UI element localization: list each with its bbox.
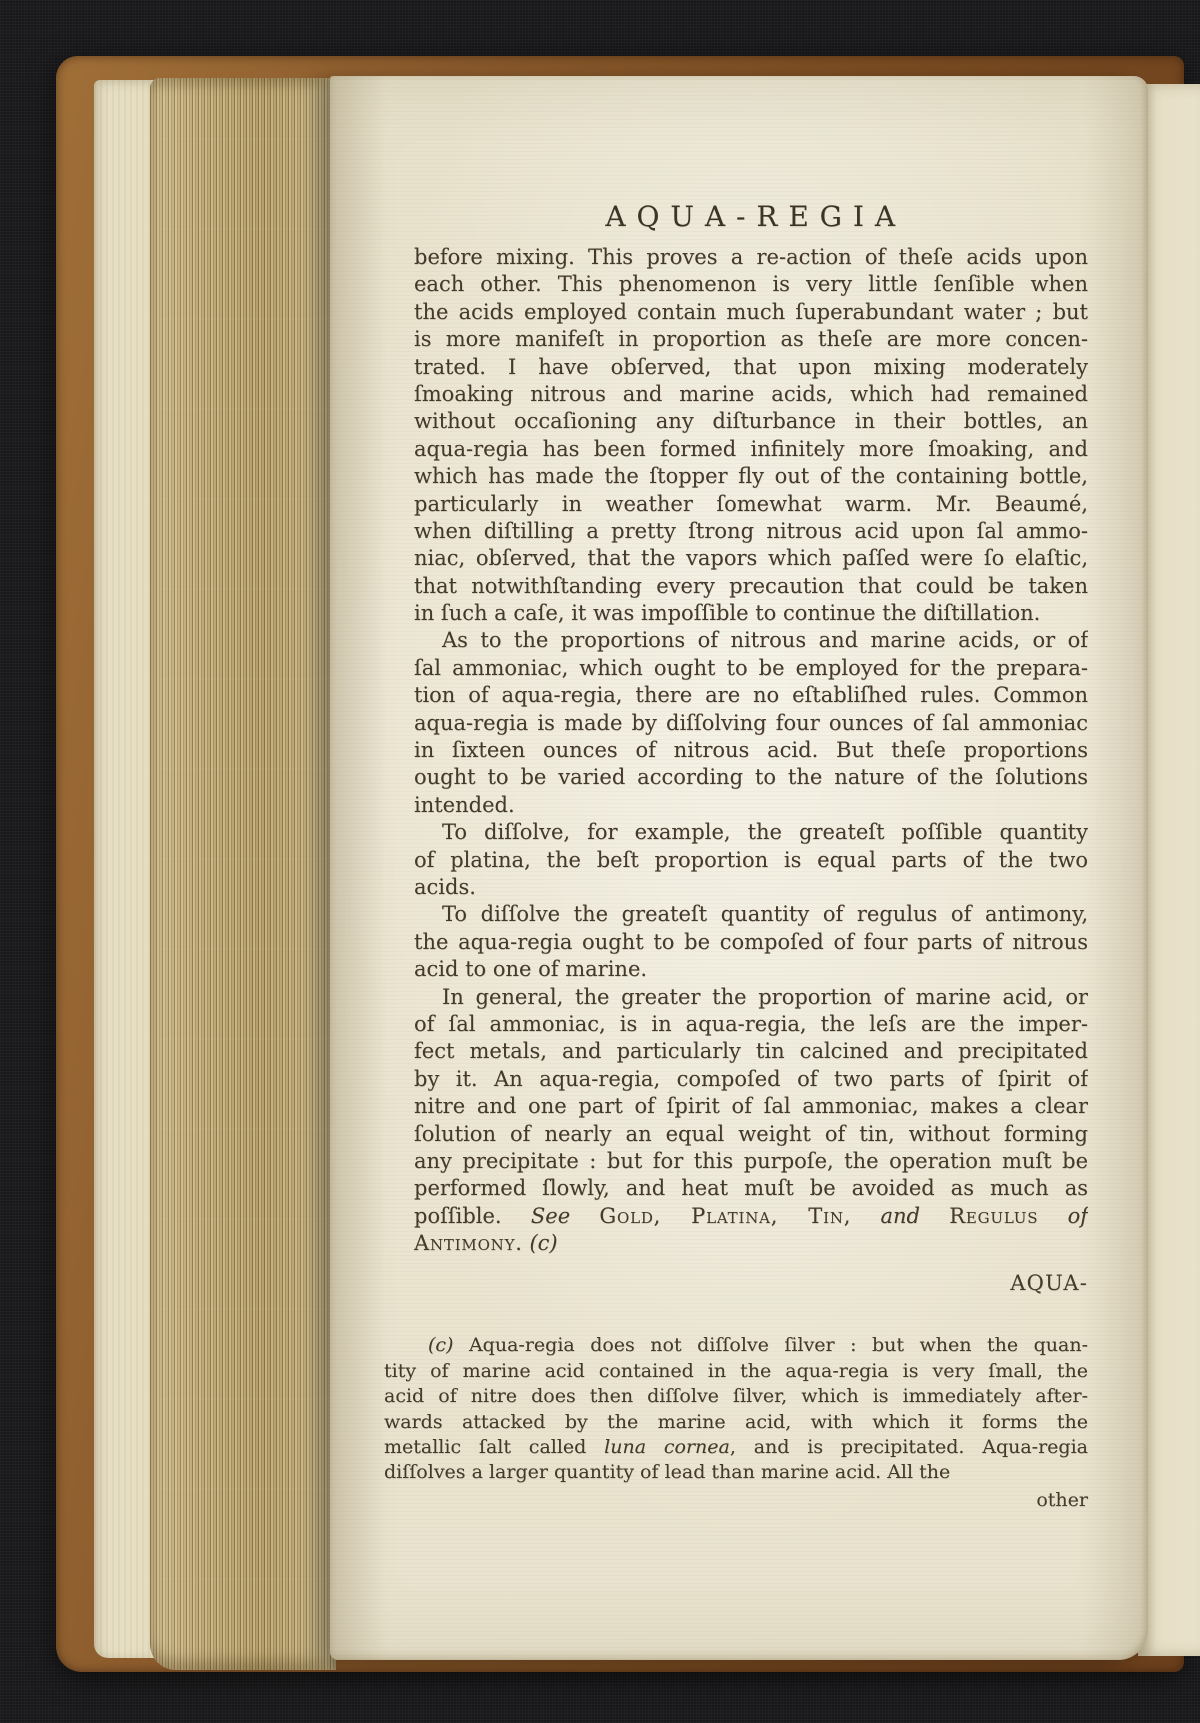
text-line: ſal ammoniac, which ought to be employed… [414,655,1088,682]
paragraph: To diſſolve, for example, the greateſt p… [414,819,1088,901]
text-line: intended. [414,792,1088,819]
text-line: ſolution of nearly an equal weight of ti… [414,1121,1088,1148]
text-segment: poſſible. [414,1204,531,1228]
text-line: of ſal ammoniac, is in aqua-regia, the l… [414,1011,1088,1038]
paragraph: In general, the greater the proportion o… [414,984,1088,1258]
text-block: A Q U A - R E G I A before mixing. This … [414,202,1088,1513]
text-line: aqua-regia has been formed infinitely mo… [414,436,1088,463]
catchword: AQUA- [414,1270,1088,1297]
text-line: before mixing. This proves a re-action o… [414,244,1088,271]
paragraph: To diſſolve the greateſt quantity of reg… [414,901,1088,983]
and-keyword: and [881,1204,921,1228]
footnote-line: acid of nitre does then diſſolve ſilver,… [384,1384,1088,1409]
text-line: the acids employed contain much ſuperabu… [414,299,1088,326]
book-page: A Q U A - R E G I A before mixing. This … [330,76,1148,1660]
text-line: ought to be varied according to the natu… [414,764,1088,791]
page-heading: A Q U A - R E G I A [414,202,1088,232]
footnote-line: tity of marine acid contained in the aqu… [384,1359,1088,1384]
text-line: in ſixteen ounces of nitrous acid. But t… [414,737,1088,764]
footnote-marker: (c) [529,1231,557,1255]
text-line: particularly in weather ſomewhat warm. M… [414,491,1088,518]
text-line: which has made the ſtopper fly out of th… [414,463,1088,490]
cross-reference-term: Antimony. [414,1231,523,1255]
text-line: by it. An aqua-regia, compoſed of two pa… [414,1066,1088,1093]
text-line: any precipitate : but for this purpoſe, … [414,1148,1088,1175]
footnote-line: (c) Aqua-regia does not diſſolve ſilver … [384,1333,1088,1358]
text-line: In general, the greater the proportion o… [414,984,1088,1011]
paragraph: As to the proportions of nitrous and mar… [414,627,1088,819]
text-line: the aqua-regia ought to be compoſed of f… [414,929,1088,956]
footnote-catchword: other [384,1488,1088,1513]
text-line: ſmoaking nitrous and marine acids, which… [414,381,1088,408]
text-line: fect metals, and particularly tin calcin… [414,1038,1088,1065]
text-line: niac, obſerved, that the vapors which pa… [414,545,1088,572]
text-line: As to the proportions of nitrous and mar… [414,627,1088,654]
text-line: Antimony. (c) [414,1230,1088,1257]
footnote-line: wards attacked by the marine acid, with … [384,1410,1088,1435]
see-keyword: See [531,1204,570,1228]
text-line: nitre and one part of ſpirit of ſal ammo… [414,1093,1088,1120]
cross-reference-terms: Gold, Platina, Tin, [599,1204,851,1228]
text-line: is more manifeſt in proportion as theſe … [414,326,1088,353]
text-line: that notwithſtanding every precaution th… [414,573,1088,600]
latin-term: luna cornea [604,1436,730,1458]
text-line: trated. I have obſerved, that upon mixin… [414,354,1088,381]
footnote-line: diſſolves a larger quantity of lead than… [384,1460,1088,1485]
text-line: when diſtilling a pretty ſtrong nitrous … [414,518,1088,545]
text-line: To diſſolve, for example, the greateſt p… [414,819,1088,846]
text-line: To diſſolve the greateſt quantity of reg… [414,901,1088,928]
footnote-line: metallic ſalt called luna cornea, and is… [384,1435,1088,1460]
footnote: (c) Aqua-regia does not diſſolve ſilver … [384,1333,1088,1512]
text-line: acid to one of marine. [414,956,1088,983]
text-line: in ſuch a caſe, it was impoſſible to con… [414,600,1088,627]
text-line: each other. This phenomenon is very litt… [414,271,1088,298]
page-fore-edge-stack [150,78,336,1670]
text-line: without occaſioning any diſturbance in t… [414,408,1088,435]
footnote-marker: (c) [428,1334,453,1356]
text-line: performed ſlowly, and heat muſt be avoid… [414,1175,1088,1202]
paragraph: before mixing. This proves a re-action o… [414,244,1088,627]
text-line: aqua-regia is made by diſſolving four ou… [414,710,1088,737]
text-line: acids. [414,874,1088,901]
text-line cross-reference-line: poſſible. See Gold, Platina, Tin, and Re… [414,1203,1088,1230]
photograph-of-open-book: A Q U A - R E G I A before mixing. This … [0,0,1200,1723]
body-text: before mixing. This proves a re-action o… [414,244,1088,1257]
text-line: tion of aqua-regia, there are no eſtabli… [414,682,1088,709]
cross-reference-term: Regulus [949,1204,1038,1228]
text-line: of platina, the beſt proportion is equal… [414,847,1088,874]
